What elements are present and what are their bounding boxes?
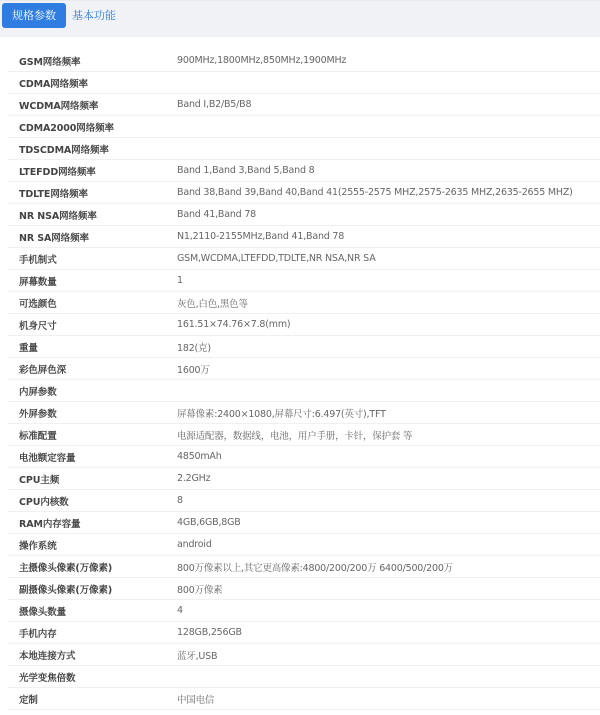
spec-value: 1600万 [177, 362, 600, 376]
spec-label: NR SA网络频率 [8, 230, 177, 244]
spec-value: 屏幕像素:2400×1080,屏幕尺寸:6.497(英寸),TFT [177, 406, 600, 420]
spec-row: 光学变焦倍数 [8, 666, 600, 688]
spec-row: 副摄像头像素(万像素)800万像素 [8, 578, 600, 600]
spec-row: CPU主频2.2GHz [8, 468, 600, 490]
spec-row: 重量182(克) [8, 336, 600, 358]
spec-label: RAM内存容量 [8, 516, 177, 530]
spec-value: 800万像素以上,其它更高像素:4800/200/200万 6400/500/2… [177, 560, 600, 574]
spec-label: 主摄像头像素(万像素) [8, 560, 177, 574]
spec-value: Band 1,Band 3,Band 5,Band 8 [177, 165, 600, 176]
spec-row: NR NSA网络频率Band 41,Band 78 [8, 204, 600, 226]
spec-row: 可选颜色灰色,白色,黑色等 [8, 292, 600, 314]
spec-label: 屏幕数量 [8, 274, 177, 288]
spec-value: 182(克) [177, 340, 600, 354]
spec-row: GSM网络频率900MHz,1800MHz,850MHz,1900MHz [8, 50, 600, 72]
spec-row: RAM内存容量4GB,6GB,8GB [8, 512, 600, 534]
spec-label: 光学变焦倍数 [8, 670, 177, 684]
spec-row: 标准配置电源适配器，数据线，电池，用户手册，卡针，保护套 等 [8, 424, 600, 446]
spec-value: 蓝牙,USB [177, 648, 600, 662]
watermark [220, 709, 360, 715]
spec-value: 900MHz,1800MHz,850MHz,1900MHz [177, 55, 600, 66]
spec-value: 1 [177, 275, 600, 286]
spec-label: 本地连接方式 [8, 648, 177, 662]
spec-label: TDLTE网络频率 [8, 186, 177, 200]
spec-label: CDMA2000网络频率 [8, 120, 177, 134]
spec-row: NR SA网络频率N1,2110-2155MHz,Band 41,Band 78 [8, 226, 600, 248]
spec-row: 机身尺寸161.51×74.76×7.8(mm) [8, 314, 600, 336]
spec-value: android [177, 539, 600, 550]
spec-value: 161.51×74.76×7.8(mm) [177, 319, 600, 330]
spec-label: 重量 [8, 340, 177, 354]
spec-row: CDMA网络频率 [8, 72, 600, 94]
spec-label: 标准配置 [8, 428, 177, 442]
spec-value: 4GB,6GB,8GB [177, 517, 600, 528]
spec-label: 可选颜色 [8, 296, 177, 310]
spec-label: WCDMA网络频率 [8, 98, 177, 112]
spec-value: Band 38,Band 39,Band 40,Band 41(2555-257… [177, 187, 600, 198]
spec-label: 手机内存 [8, 626, 177, 640]
spec-label: TDSCDMA网络频率 [8, 142, 177, 156]
spec-row: LTEFDD网络频率Band 1,Band 3,Band 5,Band 8 [8, 160, 600, 182]
spec-label: 电池额定容量 [8, 450, 177, 464]
tab-bar: 规格参数 基本功能 [0, 0, 600, 37]
spec-value: 中国电信 [177, 692, 600, 706]
tab-basic-features[interactable]: 基本功能 [62, 3, 126, 28]
spec-row: CPU内核数8 [8, 490, 600, 512]
spec-row: 屏幕数量1 [8, 270, 600, 292]
spec-value: Band 41,Band 78 [177, 209, 600, 220]
spec-row: WCDMA网络频率Band I,B2/B5/B8 [8, 94, 600, 116]
spec-row: 电池额定容量4850mAh [8, 446, 600, 468]
spec-label: 副摄像头像素(万像素) [8, 582, 177, 596]
spec-label: NR NSA网络频率 [8, 208, 177, 222]
spec-label: 操作系统 [8, 538, 177, 552]
spec-label: 机身尺寸 [8, 318, 177, 332]
spec-value: 灰色,白色,黑色等 [177, 296, 600, 310]
spec-label: 摄像头数量 [8, 604, 177, 618]
spec-value: N1,2110-2155MHz,Band 41,Band 78 [177, 231, 600, 242]
spec-value: Band I,B2/B5/B8 [177, 99, 600, 110]
spec-value: 8 [177, 495, 600, 506]
spec-value: 800万像素 [177, 582, 600, 596]
spec-label: LTEFDD网络频率 [8, 164, 177, 178]
spec-value: 2.2GHz [177, 473, 600, 484]
spec-row: 手机内存128GB,256GB [8, 622, 600, 644]
spec-label: GSM网络频率 [8, 54, 177, 68]
spec-row: 彩色屏色深1600万 [8, 358, 600, 380]
spec-label: 外屏参数 [8, 406, 177, 420]
spec-table: GSM网络频率900MHz,1800MHz,850MHz,1900MHzCDMA… [8, 50, 600, 710]
spec-row: 摄像头数量4 [8, 600, 600, 622]
spec-row: 本地连接方式蓝牙,USB [8, 644, 600, 666]
spec-row: 外屏参数屏幕像素:2400×1080,屏幕尺寸:6.497(英寸),TFT [8, 402, 600, 424]
spec-row: CDMA2000网络频率 [8, 116, 600, 138]
spec-label: CPU内核数 [8, 494, 177, 508]
spec-value: GSM,WCDMA,LTEFDD,TDLTE,NR NSA,NR SA [177, 253, 600, 264]
spec-row: 手机制式GSM,WCDMA,LTEFDD,TDLTE,NR NSA,NR SA [8, 248, 600, 270]
spec-label: 彩色屏色深 [8, 362, 177, 376]
spec-value: 4 [177, 605, 600, 616]
spec-row: 定制中国电信 [8, 688, 600, 710]
spec-label: CPU主频 [8, 472, 177, 486]
spec-row: TDLTE网络频率Band 38,Band 39,Band 40,Band 41… [8, 182, 600, 204]
spec-row: 主摄像头像素(万像素)800万像素以上,其它更高像素:4800/200/200万… [8, 556, 600, 578]
spec-row: 内屏参数 [8, 380, 600, 402]
spec-value: 4850mAh [177, 451, 600, 462]
spec-value: 128GB,256GB [177, 627, 600, 638]
spec-label: 手机制式 [8, 252, 177, 266]
spec-value: 电源适配器，数据线，电池，用户手册，卡针，保护套 等 [177, 428, 600, 442]
spec-label: 定制 [8, 692, 177, 706]
spec-row: TDSCDMA网络频率 [8, 138, 600, 160]
tab-specifications[interactable]: 规格参数 [2, 3, 66, 28]
spec-label: CDMA网络频率 [8, 76, 177, 90]
spec-row: 操作系统android [8, 534, 600, 556]
spec-label: 内屏参数 [8, 384, 177, 398]
